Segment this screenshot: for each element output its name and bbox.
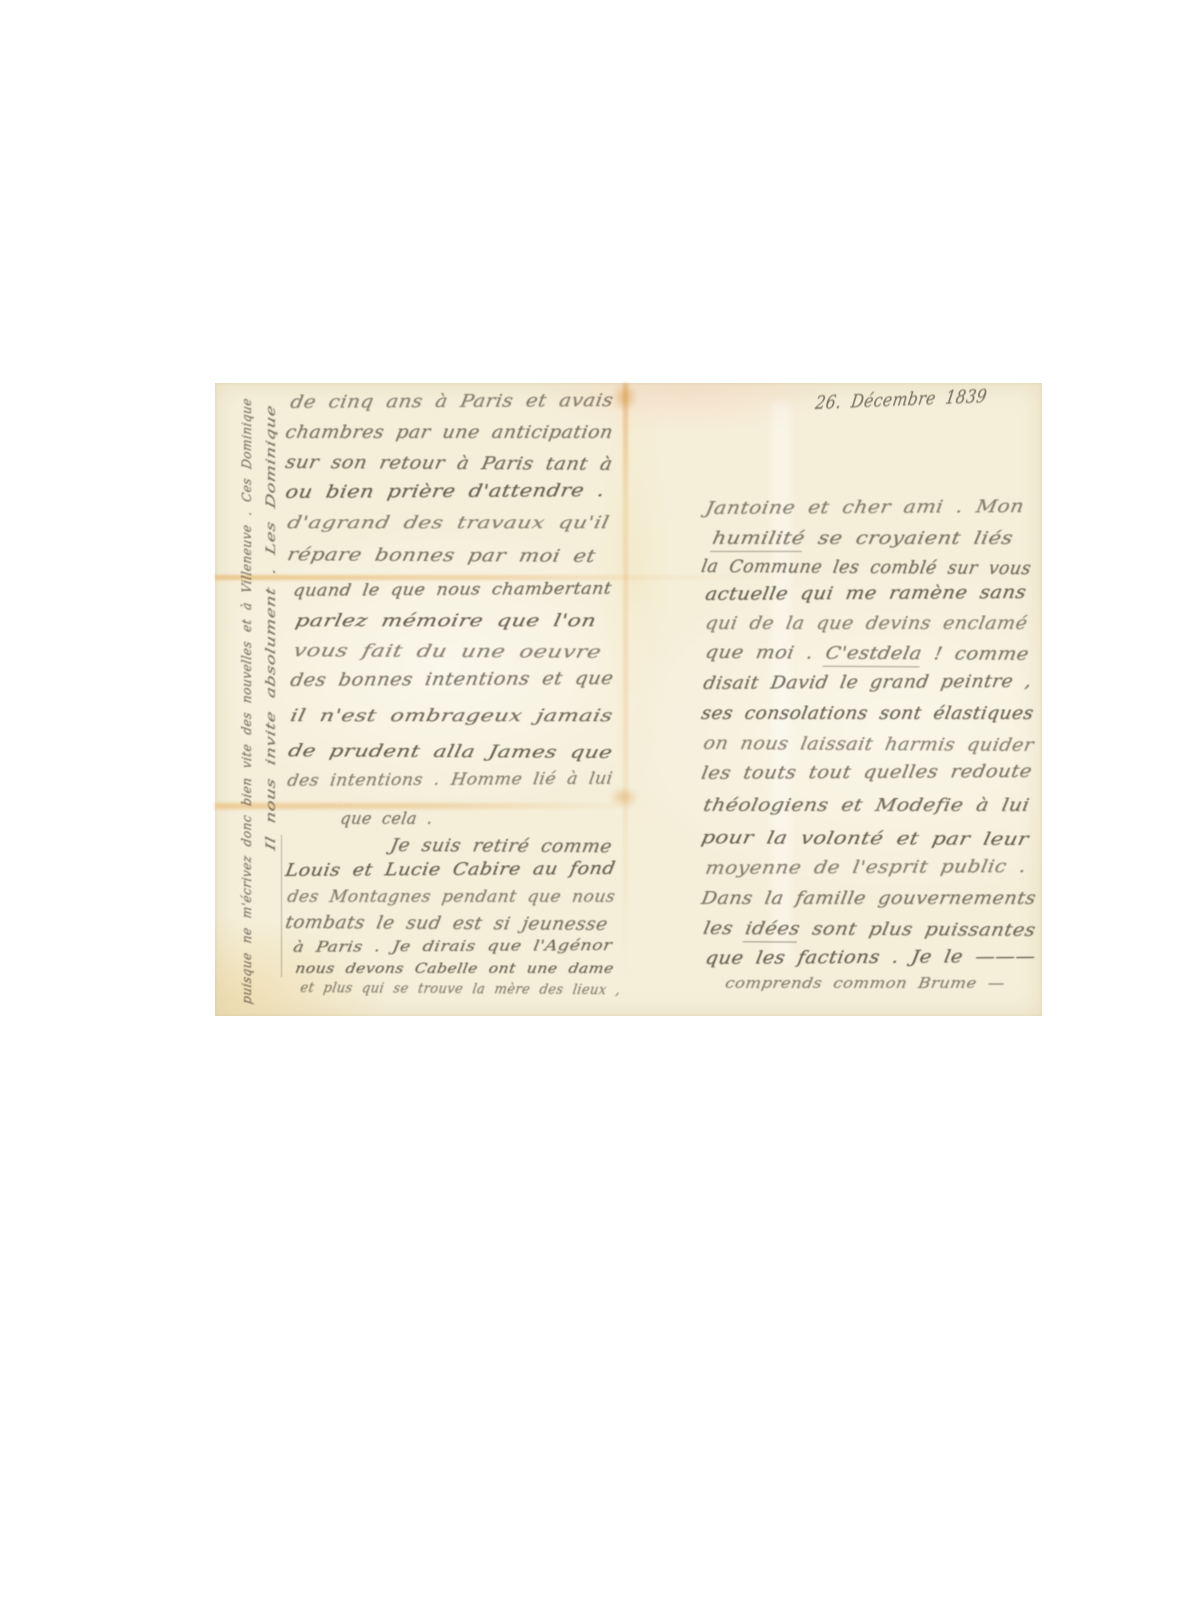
handwritten-line: moyenne de l'esprit public . (704, 859, 1028, 878)
margin-note-line: puisque ne m'écrivez donc bien vite des … (241, 397, 254, 1005)
handwritten-line: que cela . (339, 811, 434, 828)
handwritten-line: nous devons Cabelle ont une dame (294, 962, 615, 976)
handwritten-line: et plus qui se trouve la mère des lieux … (299, 982, 621, 998)
handwritten-line: les touts tout quelles redoute (700, 764, 1033, 783)
handwritten-line: vous fait du une oeuvre (292, 643, 603, 662)
handwritten-line: que les factions . Je le ——— (704, 949, 1037, 968)
scan-background: puisque ne m'écrivez donc bien vite des … (0, 0, 1199, 1597)
handwritten-line: ou bien prière d'attendre . (284, 483, 606, 502)
margin-note-tail-stroke (281, 835, 282, 977)
fold-stain-top (612, 383, 638, 411)
handwritten-line: Dans la famille gouvernements (700, 891, 1037, 908)
handwritten-line: comprends common Brume — (724, 976, 1006, 991)
handwritten-line: d'agrand des travaux qu'il (286, 515, 611, 532)
handwritten-line: de prudent alla James que (287, 743, 614, 762)
horizontal-fold-crease-bottom (215, 803, 655, 809)
handwritten-line: chambres par une anticipation (284, 425, 614, 442)
handwritten-line: à Paris . Je dirais que l'Agénor (292, 938, 613, 955)
fold-stain-middle (609, 787, 639, 807)
handwritten-line: que moi . C'estdela ! comme (704, 645, 1030, 664)
handwritten-line: ses consolations sont élastiques (700, 706, 1035, 723)
handwritten-line: Louis et Lucie Cabire au fond (284, 861, 617, 880)
handwritten-line: actuelle qui me ramène sans (704, 585, 1028, 604)
handwritten-line: qui de la que devins enclamé (704, 616, 1029, 633)
handwritten-line: Je suis retiré comme (389, 838, 613, 856)
margin-note-line: Il nous invite absolument . Les Dominiqu… (265, 404, 278, 852)
handwritten-line: des bonnes intentions et que (289, 671, 615, 690)
handwritten-line: la Commune les comblé sur vous (700, 559, 1032, 578)
letter-scan-paper: puisque ne m'écrivez donc bien vite des … (215, 383, 1042, 1016)
handwritten-line: les idées sont plus puissantes (702, 921, 1037, 940)
handwritten-line: théologiens et Modefie à lui (702, 798, 1031, 815)
handwritten-line: disait David le grand peintre , (702, 674, 1033, 693)
handwritten-line: des Montagnes pendant que nous (286, 889, 616, 906)
handwritten-line: humilité se croyaient liés (711, 531, 1015, 548)
handwritten-line: il n'est ombrageux jamais (289, 708, 615, 725)
handwritten-line: sur son retour à Paris tant à (284, 455, 614, 474)
handwritten-line: des intentions . Homme lié à lui (286, 771, 614, 790)
handwritten-line: répare bonnes par moi et (286, 547, 597, 566)
handwritten-line: parlez mémoire que l'on (294, 613, 598, 630)
handwritten-line: quand le que nous chambertant (292, 581, 613, 600)
center-fold-crease (623, 383, 628, 1016)
handwritten-line: Jantoine et cher ami . Mon (704, 499, 1026, 518)
handwritten-line: pour la volonté et par leur (700, 830, 1031, 849)
handwritten-line: de cinq ans à Paris et avais (289, 393, 615, 412)
handwritten-line: on nous laissait harmis quider (702, 736, 1035, 755)
handwritten-line: tombats le sud est si jeunesse (284, 915, 609, 934)
date-line: 26. Décembre 1839 (814, 388, 988, 413)
